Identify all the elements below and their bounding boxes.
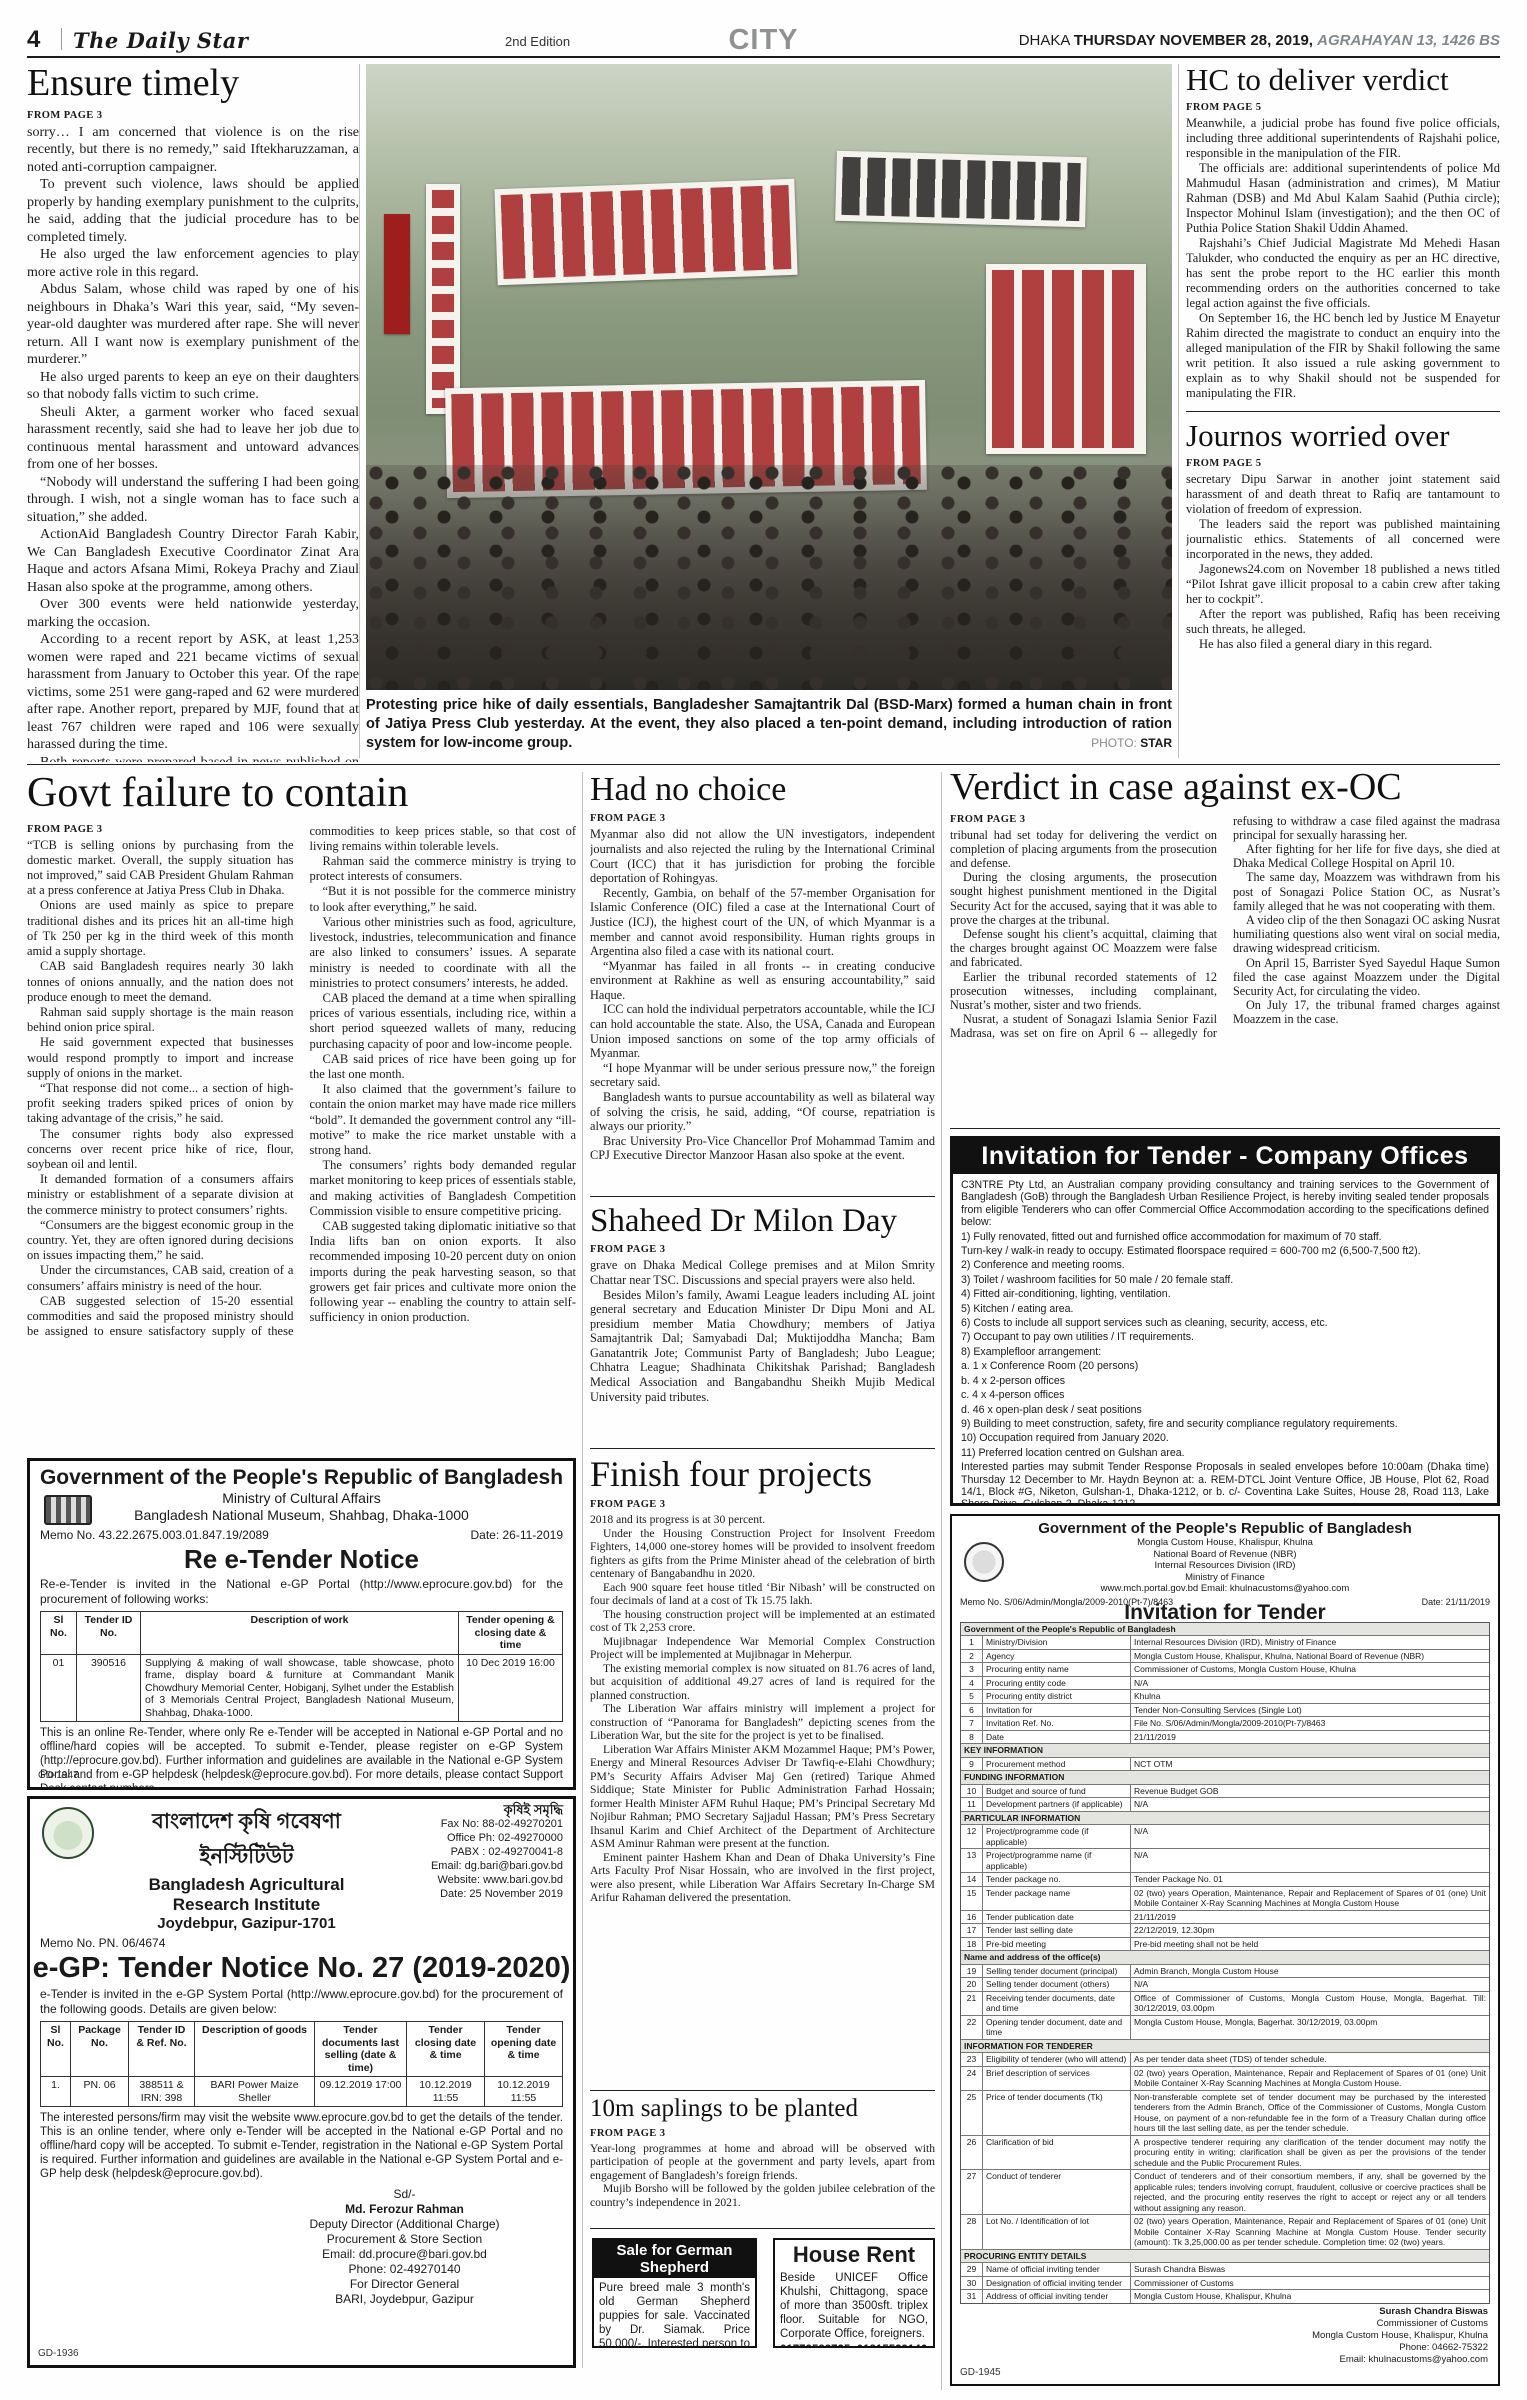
memo-date: Date: 26-11-2019 bbox=[470, 1528, 563, 1542]
table-section-row: INFORMATION FOR TENDERER bbox=[961, 2040, 1489, 2054]
notice-title: e-GP: Tender Notice No. 27 (2019-2020) bbox=[30, 1950, 573, 1987]
paragraph: 8) Examplefloor arrangement: bbox=[961, 1346, 1489, 1358]
cell-sl: 01 bbox=[41, 1654, 77, 1722]
govt-header: Government of the People's Republic of B… bbox=[30, 1461, 573, 1490]
photo-credit: PHOTO: STAR bbox=[1091, 734, 1172, 753]
col-header: Description of goods bbox=[195, 2022, 315, 2077]
section-rule bbox=[27, 764, 1500, 765]
paragraph: secretary Dipu Sarwar in another joint s… bbox=[1186, 472, 1500, 517]
dateline-bangla-date: AGRAHAYAN 13, 1426 BS bbox=[1317, 32, 1500, 49]
table-row: 30Designation of official inviting tende… bbox=[961, 2277, 1489, 2291]
paragraph: The leaders said the report was publishe… bbox=[1186, 517, 1500, 562]
signature-line: Commissioner of Customs bbox=[966, 2318, 1488, 2330]
article-body: 2018 and its progress is at 30 percent.U… bbox=[590, 1513, 935, 1905]
cell-description: BARI Power Maize Sheller bbox=[195, 2077, 315, 2107]
table-row: 14Tender package no.Tender Package No. 0… bbox=[961, 1873, 1489, 1887]
bari-english-title: Bangladesh Agricultural Research Institu… bbox=[110, 1875, 383, 1915]
photo-caption: Protesting price hike of daily essential… bbox=[366, 696, 1172, 753]
paragraph: It also claimed that the government’s fa… bbox=[310, 1082, 577, 1158]
article-finish-projects: Finish four projects FROM PAGE 3 2018 an… bbox=[590, 1456, 935, 2084]
article-kicker: FROM PAGE 3 bbox=[27, 824, 294, 835]
paragraph: Website: www.bari.gov.bd bbox=[393, 1873, 563, 1887]
signature-line: Sd/- bbox=[250, 2187, 559, 2202]
paragraph: “Nobody will understand the suffering I … bbox=[27, 474, 359, 527]
paragraph: Meanwhile, a judicial probe has found fi… bbox=[1186, 116, 1500, 161]
paragraph: During the closing arguments, the prosec… bbox=[950, 870, 1217, 927]
memo-number: Memo No. 43.22.2675.003.01.847.19/2089 bbox=[40, 1528, 269, 1542]
paragraph: Office Ph: 02-49270000 bbox=[393, 1831, 563, 1845]
ad-mongla-tender: Government of the People's Republic of B… bbox=[950, 1514, 1500, 2386]
paragraph: 9) Building to meet construction, safety… bbox=[961, 1418, 1489, 1430]
cell-tender-id: 388511 & IRN: 398 bbox=[129, 2077, 195, 2107]
column-rule bbox=[582, 772, 583, 2368]
article-rule bbox=[590, 2090, 935, 2091]
paragraph: The same day, Moazzem was withdrawn from… bbox=[1233, 870, 1500, 913]
article-verdict-exoc: Verdict in case against ex-OC FROM PAGE … bbox=[950, 768, 1500, 1126]
article-kicker: FROM PAGE 3 bbox=[590, 813, 935, 824]
paragraph: ActionAid Bangladesh Country Director Fa… bbox=[27, 526, 359, 596]
table-row: 5Procuring entity districtKhulna bbox=[961, 1690, 1489, 1704]
article-kicker: FROM PAGE 3 bbox=[590, 1499, 935, 1510]
table-row: 2AgencyMongla Custom House, Khalispur, K… bbox=[961, 1650, 1489, 1664]
paragraph: Brac University Pro-Vice Chancellor Prof… bbox=[590, 1134, 935, 1163]
col-header: Tender ID & Ref. No. bbox=[129, 2022, 195, 2077]
dateline: DHAKA THURSDAY NOVEMBER 28, 2019, AGRAHA… bbox=[1019, 32, 1500, 49]
paragraph: Under the Housing Construction Project f… bbox=[590, 1527, 935, 1581]
article-journos: Journos worried over FROM PAGE 5 secreta… bbox=[1186, 420, 1500, 652]
table-row: 25Price of tender documents (Tk)Non-tran… bbox=[961, 2091, 1489, 2136]
paragraph: Fax No: 88-02-49270201 bbox=[393, 1817, 563, 1831]
table-row: 18Pre-bid meetingPre-bid meeting shall n… bbox=[961, 1938, 1489, 1952]
table-section-row: FUNDING INFORMATION bbox=[961, 1771, 1489, 1785]
paragraph: Mongla Custom House, Khalispur, Khulna bbox=[952, 1537, 1498, 1549]
article-body: Myanmar also did not allow the UN invest… bbox=[590, 827, 935, 1163]
paragraph: Myanmar also did not allow the UN invest… bbox=[590, 827, 935, 885]
paragraph: c. 4 x 4-person offices bbox=[961, 1389, 1489, 1401]
paragraph: CAB suggested taking diplomatic initiati… bbox=[310, 1219, 577, 1325]
paragraph: Earlier the tribunal recorded statements… bbox=[950, 970, 1217, 1013]
bari-titles: বাংলাদেশ কৃষি গবেষণা ইনস্টিটিউট Banglade… bbox=[110, 1805, 383, 1932]
paragraph: Sheuli Akter, a garment worker who faced… bbox=[27, 404, 359, 474]
paragraph: It demanded formation of a consumers aff… bbox=[27, 1172, 294, 1218]
dateline-city: DHAKA bbox=[1019, 32, 1070, 49]
signature-line: Procurement & Store Section bbox=[250, 2232, 559, 2247]
table-header-row: Sl No. Package No. Tender ID & Ref. No. … bbox=[41, 2022, 563, 2077]
paragraph: Eminent painter Hashem Khan and Dean of … bbox=[590, 1851, 935, 1905]
article-kicker: FROM PAGE 3 bbox=[590, 1244, 935, 1255]
table-row: 19Selling tender document (principal)Adm… bbox=[961, 1965, 1489, 1979]
article-body: Year-long programmes at home and abroad … bbox=[590, 2142, 935, 2209]
ad-contact-phone[interactable]: 01779588725, 01815529146 D-292 bbox=[775, 2344, 933, 2348]
paragraph: According to a recent report by ASK, at … bbox=[27, 631, 359, 754]
article-kicker: FROM PAGE 3 bbox=[590, 2128, 935, 2139]
newspaper-page: 4 The Daily Star 2nd Edition CITY DHAKA … bbox=[0, 0, 1527, 2400]
table-row: 01 390516 Supplying & making of wall sho… bbox=[41, 1654, 563, 1722]
table-header-row: Sl No. Tender ID No. Description of work… bbox=[41, 1612, 563, 1655]
table-row: 31Address of official inviting tenderMon… bbox=[961, 2290, 1489, 2303]
paragraph: He said government expected that busines… bbox=[27, 1035, 294, 1081]
bari-bangla-title: বাংলাদেশ কৃষি গবেষণা ইনস্টিটিউট bbox=[110, 1805, 383, 1875]
notice-intro: Re-e-Tender is invited in the National e… bbox=[30, 1577, 573, 1611]
signature-line: Surash Chandra Biswas bbox=[966, 2306, 1488, 2318]
article-kicker: FROM PAGE 5 bbox=[1186, 102, 1500, 113]
paragraph: “TCB is selling onions by purchasing fro… bbox=[27, 838, 294, 899]
tender-detail-table: Government of the People's Republic of B… bbox=[960, 1622, 1490, 2304]
signature-line: Deputy Director (Additional Charge) bbox=[250, 2217, 559, 2232]
cell-sl: 1. bbox=[41, 2077, 71, 2107]
article-kicker: FROM PAGE 5 bbox=[1186, 458, 1500, 469]
col-header: Description of work bbox=[141, 1612, 459, 1655]
bari-logo-icon bbox=[42, 1807, 94, 1859]
page-header: 4 The Daily Star 2nd Edition CITY DHAKA … bbox=[27, 24, 1500, 58]
paragraph: PABX : 02-49270041-8 bbox=[393, 1845, 563, 1859]
paragraph: National Board of Revenue (NBR) bbox=[952, 1549, 1498, 1561]
article-headline: Govt failure to contain bbox=[27, 772, 576, 816]
ministry-line: Ministry of Cultural Affairs bbox=[30, 1490, 573, 1507]
article-shaheed-milon: Shaheed Dr Milon Day FROM PAGE 3 grave o… bbox=[590, 1204, 935, 1442]
bari-slogan: কৃষিই সমৃদ্ধি bbox=[393, 1803, 563, 1817]
notice-title: Re e-Tender Notice bbox=[30, 1542, 573, 1577]
table-row: 27Conduct of tendererConduct of tenderer… bbox=[961, 2170, 1489, 2215]
article-body: sorry… I am concerned that violence is o… bbox=[27, 124, 359, 762]
table-row: 1Ministry/DivisionInternal Resources Div… bbox=[961, 1636, 1489, 1650]
protest-photo bbox=[366, 64, 1172, 690]
paragraph: CAB said prices of rice have been going … bbox=[310, 1052, 577, 1082]
cell-opening: 10.12.2019 11:55 bbox=[485, 2077, 563, 2107]
table-row: 23Eligibility of tenderer (who will atte… bbox=[961, 2053, 1489, 2067]
article-rule bbox=[1186, 411, 1500, 412]
notice-title: Invitation for Tender bbox=[952, 1607, 1498, 1622]
memo-row: Memo No. PN. 06/4674 bbox=[30, 1932, 573, 1950]
paragraph: “Myanmar has failed in all fronts -- in … bbox=[590, 959, 935, 1003]
paragraph: 6) Costs to include all support services… bbox=[961, 1317, 1489, 1329]
table-row: 21Receiving tender documents, date and t… bbox=[961, 1992, 1489, 2016]
paragraph: The housing construction project will be… bbox=[590, 1608, 935, 1635]
article-headline: Had no choice bbox=[590, 772, 935, 807]
credit-label: PHOTO: bbox=[1091, 736, 1137, 750]
table-row: 10Budget and source of fundRevenue Budge… bbox=[961, 1785, 1489, 1799]
article-body: tribunal had set today for delivering th… bbox=[950, 814, 1500, 1041]
right-column: HC to deliver verdict FROM PAGE 5 Meanwh… bbox=[1186, 64, 1500, 764]
memo-row: Memo No. 43.22.2675.003.01.847.19/2089 D… bbox=[30, 1524, 573, 1542]
article-columns: FROM PAGE 3 “TCB is selling onions by pu… bbox=[27, 824, 576, 1340]
paragraph: Rajshahi’s Chief Judicial Magistrate Md … bbox=[1186, 236, 1500, 311]
paragraph: “I hope Myanmar will be under serious pr… bbox=[590, 1061, 935, 1090]
article-saplings: 10m saplings to be planted FROM PAGE 3 Y… bbox=[590, 2096, 935, 2224]
credit-name: STAR bbox=[1140, 736, 1172, 750]
table-row: 24Brief description of services02 (two) … bbox=[961, 2067, 1489, 2091]
article-headline: HC to deliver verdict bbox=[1186, 64, 1500, 96]
table-section-row: Government of the People's Republic of B… bbox=[961, 1623, 1489, 1637]
dateline-date: THURSDAY NOVEMBER 28, 2019, bbox=[1074, 32, 1313, 49]
bari-header: বাংলাদেশ কৃষি গবেষণা ইনস্টিটিউট Banglade… bbox=[30, 1799, 573, 1932]
ad-title: Sale for German Shepherd bbox=[594, 2240, 755, 2278]
article-rule bbox=[590, 1196, 935, 1197]
col-header: Tender ID No. bbox=[77, 1612, 141, 1655]
paragraph: Ministry of Finance bbox=[952, 1572, 1498, 1584]
paragraph: Recently, Gambia, on behalf of the 57-me… bbox=[590, 886, 935, 959]
table-row: 3Procuring entity nameCommissioner of Cu… bbox=[961, 1663, 1489, 1677]
paragraph: Bangladesh wants to pursue accountabilit… bbox=[590, 1090, 935, 1134]
cell-closing: 10.12.2019 11:55 bbox=[407, 2077, 485, 2107]
phone-numbers[interactable]: 01779588725, 01815529146 bbox=[780, 2344, 927, 2348]
protest-banner bbox=[494, 179, 797, 285]
table-row: 6Invitation forTender Non-Consulting Ser… bbox=[961, 1704, 1489, 1718]
table-row: 1. PN. 06 388511 & IRN: 398 BARI Power M… bbox=[41, 2077, 563, 2107]
paragraph: The existing memorial complex is now sit… bbox=[590, 1662, 935, 1703]
paragraph: Mujibnagar Independence War Memorial Com… bbox=[590, 1635, 935, 1662]
paragraph: To prevent such violence, laws should be… bbox=[27, 176, 359, 246]
paragraph: On April 15, Barrister Syed Sayedul Haqu… bbox=[1233, 956, 1500, 999]
paragraph: The officials are: additional superinten… bbox=[1186, 161, 1500, 236]
col-header: Tender closing date & time bbox=[407, 2022, 485, 2077]
paragraph: Turn-key / walk-in ready to occupy. Esti… bbox=[961, 1245, 1489, 1257]
signature-phone: Phone: 04662-75322 bbox=[966, 2342, 1488, 2354]
paragraph: Abdus Salam, whose child was raped by on… bbox=[27, 281, 359, 369]
org-lines: Mongla Custom House, Khalispur, KhulnaNa… bbox=[952, 1537, 1498, 1595]
ad-german-shepherd[interactable]: Sale for German Shepherd Pure breed male… bbox=[592, 2238, 757, 2348]
bari-contact-block: কৃষিই সমৃদ্ধি Fax No: 88-02-49270201Offi… bbox=[393, 1803, 563, 1901]
table-section-row: PROCURING ENTITY DETAILS bbox=[961, 2250, 1489, 2264]
paragraph: 2) Conference and meeting rooms. bbox=[961, 1259, 1489, 1271]
memo-date: Date: 21/11/2019 bbox=[1422, 1597, 1490, 1608]
paragraph: ICC can hold the individual perpetrators… bbox=[590, 1002, 935, 1060]
ad-house-rent[interactable]: House Rent Beside UNICEF Office Khulshi,… bbox=[773, 2238, 935, 2348]
spec-list: 1) Fully renovated, fitted out and furni… bbox=[961, 1231, 1489, 1460]
cell-dates: 10 Dec 2019 16:00 bbox=[459, 1654, 563, 1722]
table-row: 22Opening tender document, date and time… bbox=[961, 2016, 1489, 2040]
signature-email[interactable]: Email: dd.procure@bari.gov.bd bbox=[250, 2247, 559, 2262]
article-headline: Ensure timely bbox=[27, 64, 359, 104]
notice-closing: This is an online Re-Tender, where only … bbox=[30, 1722, 573, 1790]
paragraph: tribunal had set today for delivering th… bbox=[950, 828, 1217, 871]
article-ensure-timely: Ensure timely FROM PAGE 3 sorry… I am co… bbox=[27, 64, 359, 762]
ad-title: House Rent bbox=[775, 2240, 933, 2268]
paragraph: Over 300 events were held nationwide yes… bbox=[27, 596, 359, 631]
paragraph: “But it is not possible for the commerce… bbox=[310, 884, 577, 914]
caption-text: Protesting price hike of daily essential… bbox=[366, 697, 1172, 751]
paragraph: Jagonews24.com on November 18 published … bbox=[1186, 562, 1500, 607]
table-row: 12Project/programme code (if applicable)… bbox=[961, 1825, 1489, 1849]
cell-description: Supplying & making of wall showcase, tab… bbox=[141, 1654, 459, 1722]
paragraph: Besides Milon’s family, Awami League lea… bbox=[590, 1288, 935, 1405]
paragraph: 4) Fitted air-conditioning, lighting, ve… bbox=[961, 1288, 1489, 1300]
paragraph: Each 900 square feet house titled ‘Bir N… bbox=[590, 1581, 935, 1608]
tender-table: Sl No. Package No. Tender ID & Ref. No. … bbox=[40, 2021, 563, 2107]
govt-header: Government of the People's Republic of B… bbox=[952, 1516, 1498, 1537]
article-govt-failure: Govt failure to contain FROM PAGE 3 “TCB… bbox=[27, 772, 576, 1448]
article-body: Meanwhile, a judicial probe has found fi… bbox=[1186, 116, 1500, 401]
contact-lines: Fax No: 88-02-49270201Office Ph: 02-4927… bbox=[393, 1817, 563, 1901]
paragraph: A video clip of the then Sonagazi OC ask… bbox=[1233, 913, 1500, 956]
notice-intro: e-Tender is invited in the e-GP System P… bbox=[30, 1987, 573, 2021]
paragraph: He also urged the law enforcement agenci… bbox=[27, 246, 359, 281]
paragraph: On July 17, the tribunal framed charges … bbox=[1233, 998, 1500, 1026]
table-row: 26Clarification of bidA prospective tend… bbox=[961, 2136, 1489, 2171]
paragraph: Under the circumstances, CAB said, creat… bbox=[27, 1263, 294, 1293]
article-hc-verdict: HC to deliver verdict FROM PAGE 5 Meanwh… bbox=[1186, 64, 1500, 401]
column-rule bbox=[941, 772, 942, 2390]
cell-last-selling: 09.12.2019 17:00 bbox=[315, 2077, 407, 2107]
paragraph: Internal Resources Division (IRD) bbox=[952, 1560, 1498, 1572]
paragraph: b. 4 x 2-person offices bbox=[961, 1375, 1489, 1387]
article-headline: 10m saplings to be planted bbox=[590, 2096, 935, 2122]
signature-line: For Director General bbox=[250, 2277, 559, 2292]
paragraph: grave on Dhaka Medical College premises … bbox=[590, 1258, 935, 1287]
gd-code: GD-1945 bbox=[960, 2368, 1001, 2379]
org-line: Bangladesh National Museum, Shahbag, Dha… bbox=[30, 1507, 573, 1524]
paragraph: Email: dg.bari@bari.gov.bd bbox=[393, 1859, 563, 1873]
signature-email[interactable]: Email: khulnacustoms@yahoo.com bbox=[966, 2354, 1488, 2366]
col-header: Tender opening & closing date & time bbox=[459, 1612, 563, 1655]
paragraph: CAB placed the demand at a time when spi… bbox=[310, 991, 577, 1052]
paragraph: 2018 and its progress is at 30 percent. bbox=[590, 1513, 935, 1527]
table-row: 7Invitation Ref. No.File No. S/06/Admin/… bbox=[961, 1717, 1489, 1731]
paragraph: 5) Kitchen / eating area. bbox=[961, 1303, 1489, 1315]
paragraph: Rahman said the commerce ministry is try… bbox=[310, 854, 577, 884]
protest-banner bbox=[835, 151, 1087, 228]
article-headline: Shaheed Dr Milon Day bbox=[590, 1204, 935, 1238]
col-header: Sl No. bbox=[41, 2022, 71, 2077]
table-section-row: PARTICULAR INFORMATION bbox=[961, 1812, 1489, 1826]
ad-body: C3NTRE Pty Ltd, an Australian company pr… bbox=[953, 1174, 1497, 1506]
paragraph: On September 16, the HC bench led by Jus… bbox=[1186, 311, 1500, 401]
paragraph: Year-long programmes at home and abroad … bbox=[590, 2142, 935, 2182]
column-rule bbox=[359, 64, 360, 758]
paragraph: 11) Preferred location centred on Gulsha… bbox=[961, 1447, 1489, 1459]
table-row: 13Project/programme name (if applicable)… bbox=[961, 1849, 1489, 1873]
signature-phone: Phone: 02-49270140 bbox=[250, 2262, 559, 2277]
bari-location: Joydebpur, Gazipur-1701 bbox=[110, 1915, 383, 1932]
article-columns: FROM PAGE 3 tribunal had set today for d… bbox=[950, 814, 1500, 1041]
table-row: 9Procurement methodNCT OTM bbox=[961, 1758, 1489, 1772]
ad-c3ntre-tender: Invitation for Tender - Company Offices … bbox=[950, 1136, 1500, 1506]
paragraph: Mujib Borsho will be followed by the gol… bbox=[590, 2182, 935, 2209]
paragraph: d. 46 x open-plan desk / seat positions bbox=[961, 1404, 1489, 1416]
col-header: Tender opening date & time bbox=[485, 2022, 563, 2077]
memo-number: Memo No. PN. 06/4674 bbox=[40, 1936, 165, 1950]
ad-bari-tender: বাংলাদেশ কৃষি গবেষণা ইনস্টিটিউট Banglade… bbox=[27, 1796, 576, 2368]
museum-logo-icon bbox=[44, 1495, 92, 1525]
column-rule bbox=[1178, 64, 1179, 758]
table-row: 28Lot No. / Identification of lot02 (two… bbox=[961, 2215, 1489, 2250]
table-row: 8Date21/11/2019 bbox=[961, 1731, 1489, 1745]
gd-code: GD-1936 bbox=[38, 2348, 79, 2359]
paragraph: He has also filed a general diary in thi… bbox=[1186, 637, 1500, 652]
protest-banner bbox=[986, 264, 1146, 454]
paragraph: 1) Fully renovated, fitted out and furni… bbox=[961, 1231, 1489, 1243]
paragraph: Liberation War Affairs Minister AKM Moza… bbox=[590, 1743, 935, 1851]
cell-tender-id: 390516 bbox=[77, 1654, 141, 1722]
section-rule bbox=[950, 1128, 1500, 1129]
col-header: Sl No. bbox=[41, 1612, 77, 1655]
paragraph: a. 1 x Conference Room (20 persons) bbox=[961, 1360, 1489, 1372]
closing-paragraphs: Interested parties may submit Tender Res… bbox=[961, 1461, 1489, 1506]
table-section-row: KEY INFORMATION bbox=[961, 1744, 1489, 1758]
signature-block: Sd/- Md. Ferozur Rahman Deputy Director … bbox=[30, 2185, 573, 2311]
signature-line: Md. Ferozur Rahman bbox=[250, 2202, 559, 2217]
article-rule bbox=[590, 2228, 935, 2229]
col-header: Tender documents last selling (date & ti… bbox=[315, 2022, 407, 2077]
ad-museum-tender: Government of the People's Republic of B… bbox=[27, 1458, 576, 1790]
ad-body: Pure breed male 3 month's old German She… bbox=[594, 2278, 755, 2348]
article-had-no-choice: Had no choice FROM PAGE 3 Myanmar also d… bbox=[590, 772, 935, 1190]
article-headline: Verdict in case against ex-OC bbox=[950, 768, 1500, 808]
paragraph: CAB said Bangladesh requires nearly 30 l… bbox=[27, 959, 294, 1005]
red-flag bbox=[384, 214, 410, 334]
table-row: 29Name of official inviting tenderSurash… bbox=[961, 2263, 1489, 2277]
paragraph: 7) Occupant to pay own utilities / IT re… bbox=[961, 1331, 1489, 1343]
article-kicker: FROM PAGE 3 bbox=[950, 814, 1217, 825]
paragraph: Various other ministries such as food, a… bbox=[310, 915, 577, 991]
crowd bbox=[366, 465, 1172, 690]
paragraph: 10) Occupation required from January 202… bbox=[961, 1432, 1489, 1444]
paragraph: Interested parties may submit Tender Res… bbox=[961, 1461, 1489, 1506]
gd-code: GD-1947 bbox=[38, 1770, 79, 1781]
paragraph: 3) Toilet / washroom facilities for 50 m… bbox=[961, 1274, 1489, 1286]
ad-intro: C3NTRE Pty Ltd, an Australian company pr… bbox=[961, 1179, 1489, 1229]
table-row: 4Procuring entity codeN/A bbox=[961, 1677, 1489, 1691]
paragraph: “Consumers are the biggest economic grou… bbox=[27, 1218, 294, 1264]
paragraph: Both reports were prepared based in news… bbox=[27, 754, 359, 762]
paragraph: He also urged parents to keep an eye on … bbox=[27, 369, 359, 404]
table-row: 20Selling tender document (others)N/A bbox=[961, 1978, 1489, 1992]
col-header: Package No. bbox=[71, 2022, 129, 2077]
paragraph: sorry… I am concerned that violence is o… bbox=[27, 124, 359, 177]
signature-line: BARI, Joydebpur, Gazipur bbox=[250, 2292, 559, 2307]
paragraph: Rahman said supply shortage is the main … bbox=[27, 1005, 294, 1035]
paragraph: Onions are used mainly as spice to prepa… bbox=[27, 898, 294, 959]
paragraph: Date: 25 November 2019 bbox=[393, 1887, 563, 1901]
paragraph: After fighting for her life for five day… bbox=[1233, 842, 1500, 870]
article-body: “TCB is selling onions by purchasing fro… bbox=[27, 824, 576, 1340]
tender-table: Sl No. Tender ID No. Description of work… bbox=[40, 1611, 563, 1722]
paragraph: The consumers’ rights body demanded regu… bbox=[310, 1158, 577, 1219]
table-row: 17Tender last selling date22/12/2019, 12… bbox=[961, 1924, 1489, 1938]
paragraph: www.mch.portal.gov.bd Email: khulnacusto… bbox=[952, 1583, 1498, 1595]
vertical-banner bbox=[426, 184, 460, 414]
signature-line: Mongla Custom House, Khalispur, Khulna bbox=[966, 2330, 1488, 2342]
ad-body: Beside UNICEF Office Khulshi, Chittagong… bbox=[775, 2268, 933, 2344]
paragraph: “That response did not come... a section… bbox=[27, 1081, 294, 1127]
table-row: 15Tender package name02 (two) years Oper… bbox=[961, 1887, 1489, 1911]
cell-package: PN. 06 bbox=[71, 2077, 129, 2107]
signature-block: Surash Chandra Biswas Commissioner of Cu… bbox=[952, 2304, 1498, 2370]
notice-closing: The interested persons/firm may visit th… bbox=[30, 2107, 573, 2185]
article-headline: Finish four projects bbox=[590, 1456, 935, 1493]
paragraph: After the report was published, Rafiq ha… bbox=[1186, 607, 1500, 637]
article-body: grave on Dhaka Medical College premises … bbox=[590, 1258, 935, 1404]
paragraph: The consumer rights body also expressed … bbox=[27, 1127, 294, 1173]
govt-seal-icon bbox=[964, 1542, 1004, 1582]
article-headline: Journos worried over bbox=[1186, 420, 1500, 452]
paragraph: The Liberation War affairs ministry will… bbox=[590, 1702, 935, 1743]
article-kicker: FROM PAGE 3 bbox=[27, 110, 359, 121]
ad-title: Invitation for Tender - Company Offices bbox=[953, 1139, 1497, 1174]
article-body: secretary Dipu Sarwar in another joint s… bbox=[1186, 472, 1500, 652]
table-row: 11Development partners (if applicable)N/… bbox=[961, 1798, 1489, 1812]
article-rule bbox=[590, 1448, 935, 1449]
table-section-row: Name and address of the office(s) bbox=[961, 1951, 1489, 1965]
table-row: 16Tender publication date21/11/2019 bbox=[961, 1911, 1489, 1925]
paragraph: Defense sought his client’s acquittal, c… bbox=[950, 927, 1217, 970]
